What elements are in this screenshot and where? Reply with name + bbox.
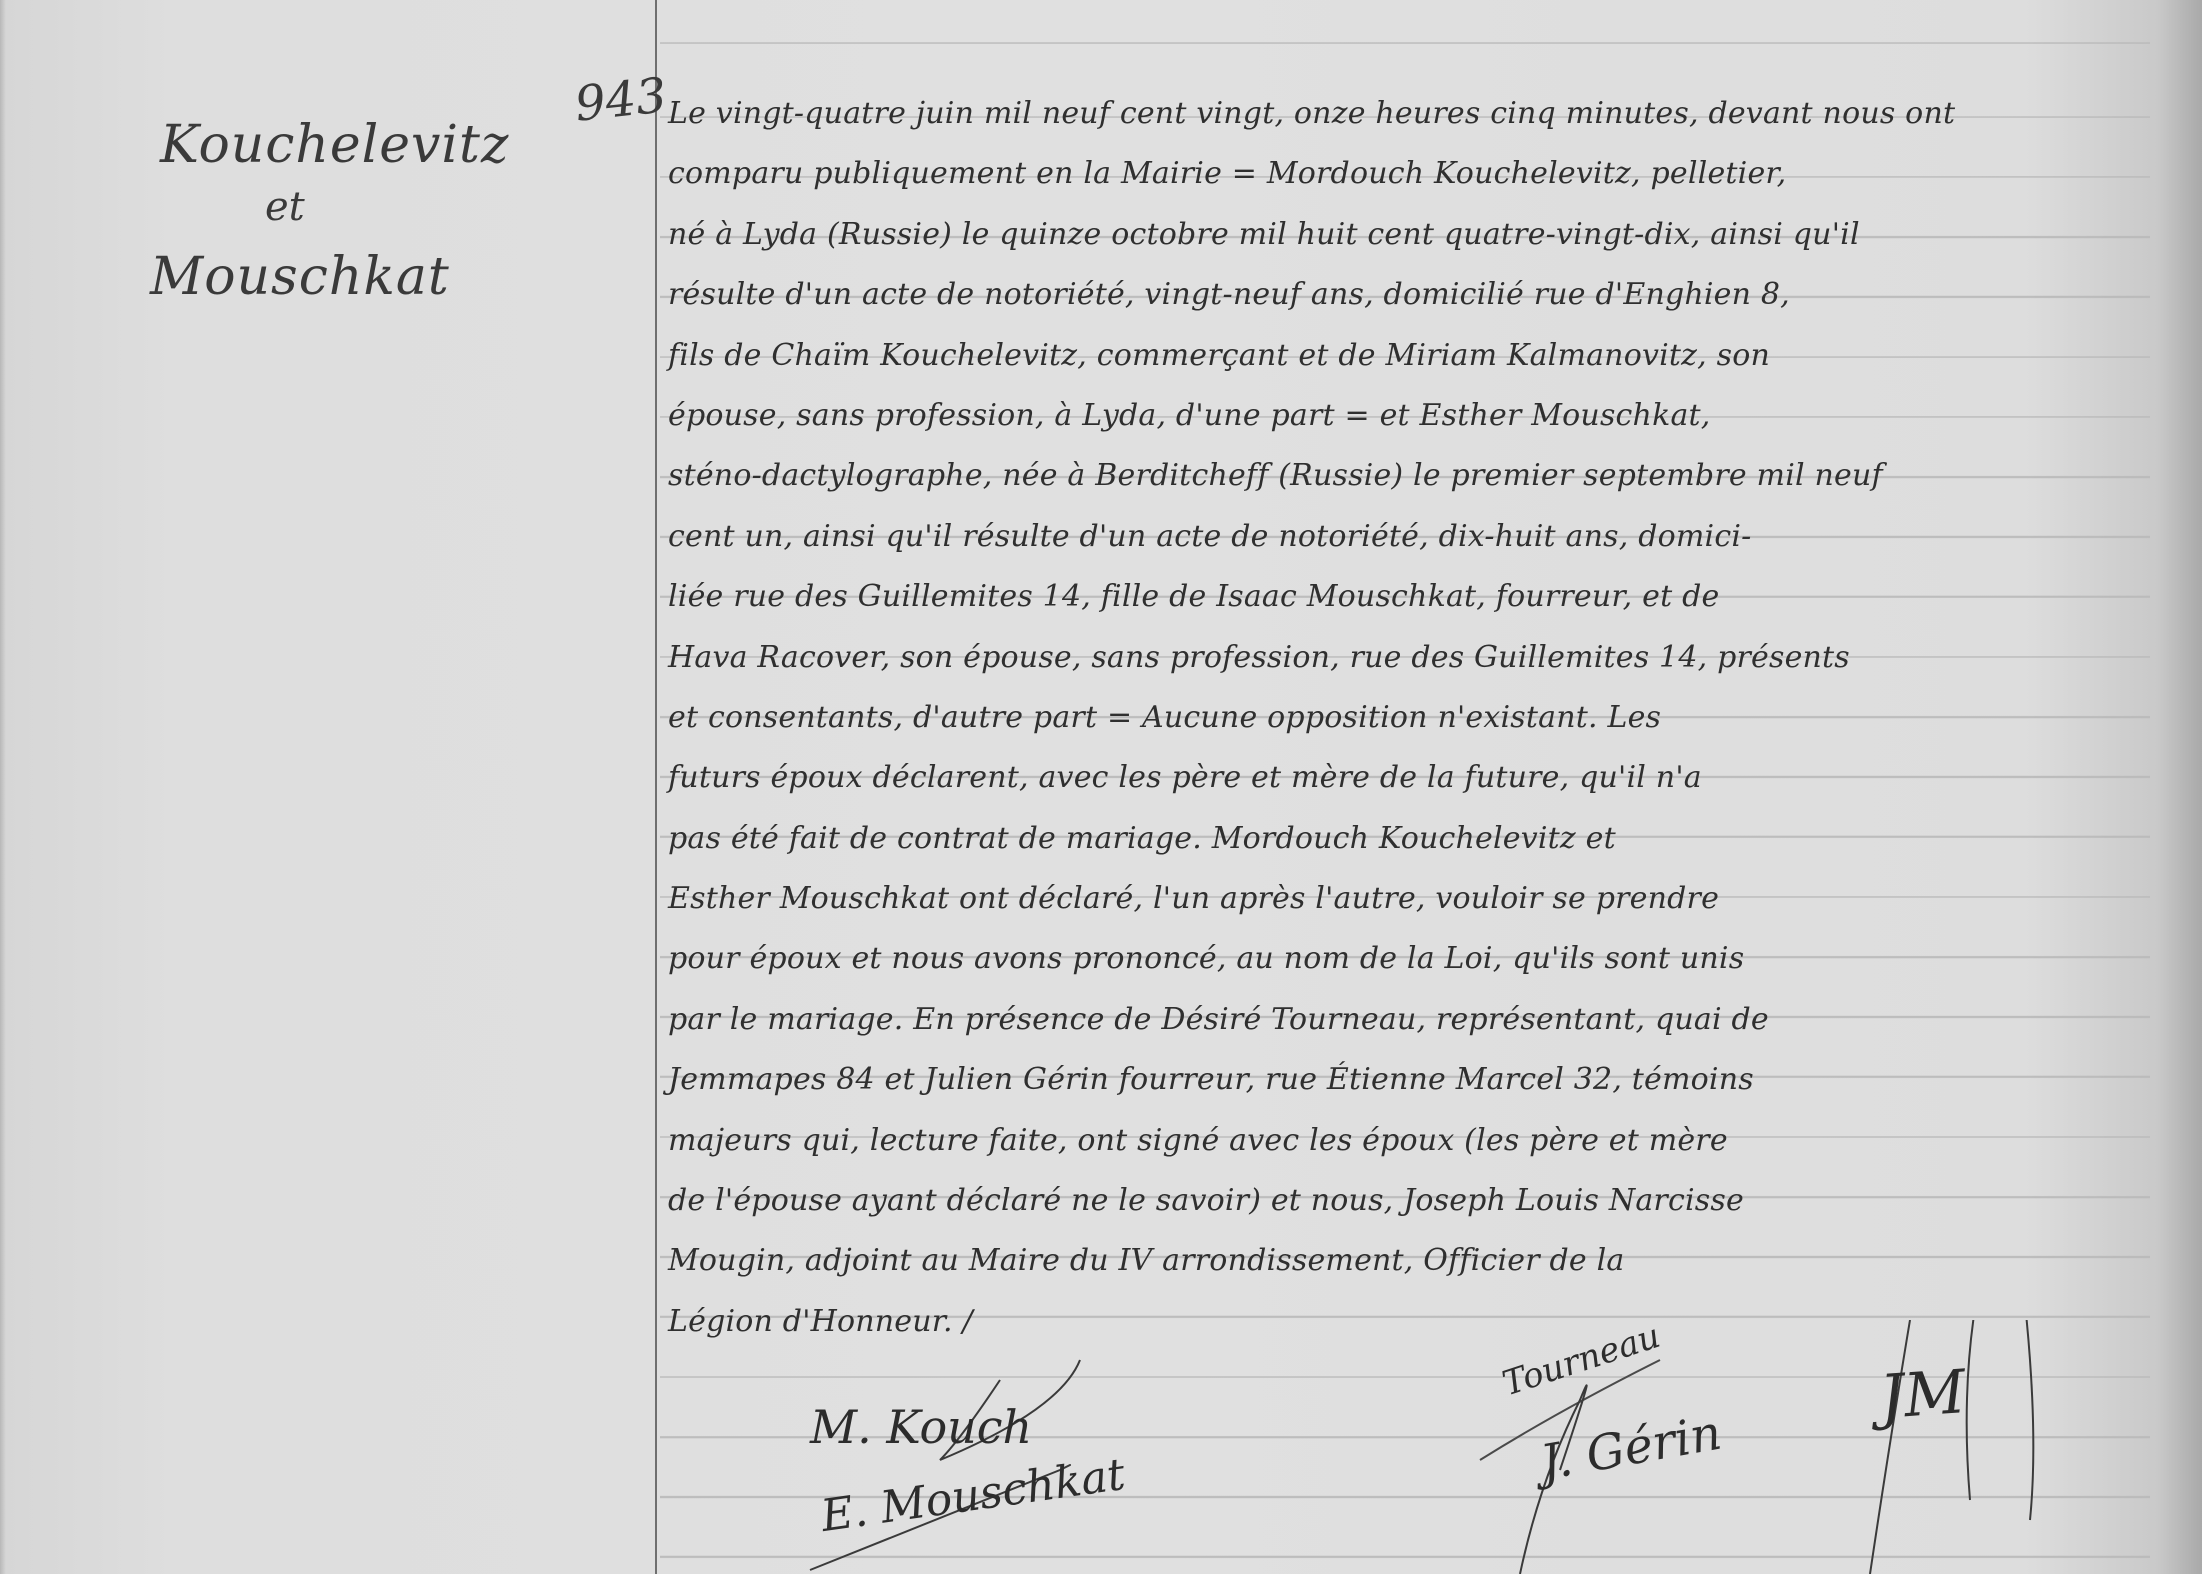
act-line: de l'épouse ayant déclaré ne le savoir) … <box>668 1171 2168 1231</box>
margin-conjunction: et <box>265 179 570 235</box>
act-number: 943 <box>572 67 669 132</box>
act-line: résulte d'un acte de notoriété, vingt-ne… <box>668 265 2168 325</box>
act-line: par le mariage. En présence de Désiré To… <box>668 990 2168 1050</box>
page-edge-shadow <box>0 0 6 1574</box>
act-body: Le vingt-quatre juin mil neuf cent vingt… <box>668 84 2168 1352</box>
act-line: cent un, ainsi qu'il résulte d'un acte d… <box>668 507 2168 567</box>
act-line: sténo-dactylographe, née à Berditcheff (… <box>668 446 2168 506</box>
act-line: majeurs qui, lecture faite, ont signé av… <box>668 1111 2168 1171</box>
act-line: comparu publiquement en la Mairie = Mord… <box>668 144 2168 204</box>
act-line: Jemmapes 84 et Julien Gérin fourreur, ru… <box>668 1050 2168 1110</box>
act-line: Mougin, adjoint au Maire du IV arrondiss… <box>668 1231 2168 1291</box>
signature-officer: JM <box>1878 1357 1968 1433</box>
act-line: pour époux et nous avons prononcé, au no… <box>668 929 2168 989</box>
margin-rule <box>655 0 657 1574</box>
signature-groom: M. Kouch <box>810 1400 1032 1454</box>
act-line: et consentants, d'autre part = Aucune op… <box>668 688 2168 748</box>
act-line: épouse, sans profession, à Lyda, d'une p… <box>668 386 2168 446</box>
act-line: né à Lyda (Russie) le quinze octobre mil… <box>668 205 2168 265</box>
act-line: Esther Mouschkat ont déclaré, l'un après… <box>668 869 2168 929</box>
margin-groom-surname: Kouchelevitz <box>160 115 570 175</box>
register-page: Kouchelevitz et Mouschkat 943 Le vingt-q… <box>0 0 2202 1574</box>
margin-bride-surname: Mouschkat <box>150 247 570 307</box>
act-line: futurs époux déclarent, avec les père et… <box>668 748 2168 808</box>
act-line: Hava Racover, son épouse, sans professio… <box>668 628 2168 688</box>
signature-block: M. Kouch E. Mouschkat Tourneau J. Gérin … <box>660 1320 2160 1574</box>
margin-names: Kouchelevitz et Mouschkat <box>150 115 570 307</box>
act-line: Le vingt-quatre juin mil neuf cent vingt… <box>668 84 2168 144</box>
act-line: liée rue des Guillemites 14, fille de Is… <box>668 567 2168 627</box>
act-line: pas été fait de contrat de mariage. Mord… <box>668 809 2168 869</box>
act-line: fils de Chaïm Kouchelevitz, commerçant e… <box>668 326 2168 386</box>
